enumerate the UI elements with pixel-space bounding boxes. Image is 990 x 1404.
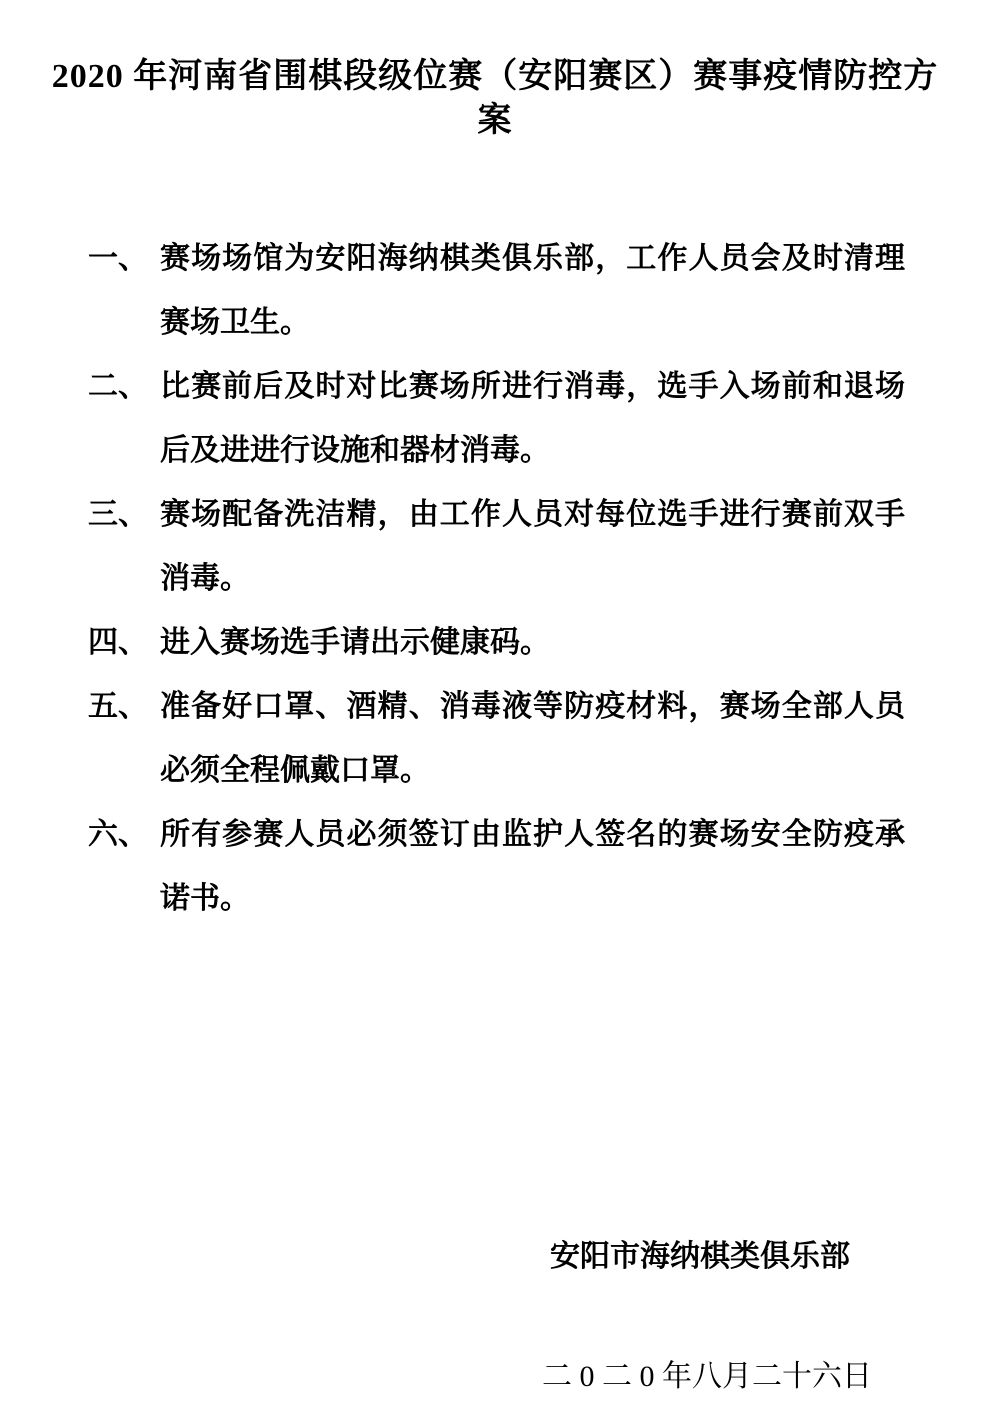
page-title: 2020 年河南省围棋段级位赛（安阳赛区）赛事疫情防控方案 bbox=[40, 55, 950, 143]
signature-organization: 安阳市海纳棋类俱乐部 bbox=[0, 1236, 990, 1278]
list-item-text: 进入赛场选手请出示健康码。 bbox=[160, 611, 905, 675]
list-item: 三、 赛场配备洗洁精，由工作人员对每位选手进行赛前双手消毒。 bbox=[88, 483, 905, 611]
numbered-list: 一、 赛场场馆为安阳海纳棋类俱乐部，工作人员会及时清理赛场卫生。 二、 比赛前后… bbox=[88, 227, 905, 931]
list-item: 一、 赛场场馆为安阳海纳棋类俱乐部，工作人员会及时清理赛场卫生。 bbox=[88, 227, 905, 355]
list-item-text: 比赛前后及时对比赛场所进行消毒，选手入场前和退场后及进进行设施和器材消毒。 bbox=[160, 355, 905, 483]
list-item-number: 一、 bbox=[88, 227, 160, 291]
document-date: 二 0 二 0 年八月二十六日 bbox=[0, 1356, 990, 1398]
list-item-number: 五、 bbox=[88, 675, 160, 739]
list-item: 六、 所有参赛人员必须签订由监护人签名的赛场安全防疫承诺书。 bbox=[88, 803, 905, 931]
list-item-number: 二、 bbox=[88, 355, 160, 419]
list-item: 五、 准备好口罩、酒精、消毒液等防疫材料，赛场全部人员必须全程佩戴口罩。 bbox=[88, 675, 905, 803]
list-item: 四、 进入赛场选手请出示健康码。 bbox=[88, 611, 905, 675]
list-item-text: 准备好口罩、酒精、消毒液等防疫材料，赛场全部人员必须全程佩戴口罩。 bbox=[160, 675, 905, 803]
document-page: 2020 年河南省围棋段级位赛（安阳赛区）赛事疫情防控方案 一、 赛场场馆为安阳… bbox=[0, 0, 990, 1404]
list-item: 二、 比赛前后及时对比赛场所进行消毒，选手入场前和退场后及进进行设施和器材消毒。 bbox=[88, 355, 905, 483]
list-item-number: 四、 bbox=[88, 611, 160, 675]
list-item-number: 三、 bbox=[88, 483, 160, 547]
list-item-number: 六、 bbox=[88, 803, 160, 867]
list-item-text: 赛场场馆为安阳海纳棋类俱乐部，工作人员会及时清理赛场卫生。 bbox=[160, 227, 905, 355]
list-item-text: 所有参赛人员必须签订由监护人签名的赛场安全防疫承诺书。 bbox=[160, 803, 905, 931]
list-item-text: 赛场配备洗洁精，由工作人员对每位选手进行赛前双手消毒。 bbox=[160, 483, 905, 611]
